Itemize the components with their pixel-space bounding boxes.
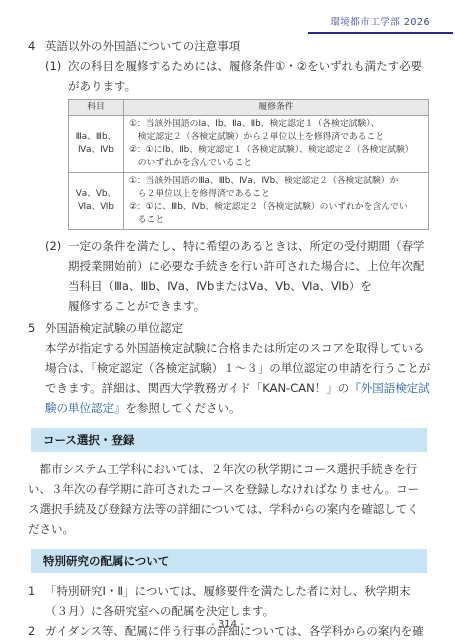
section-bar-course-selection: コース選択・登録	[31, 428, 427, 452]
subject-cell: Ⅴa、Ⅴb、 Ⅵa、Ⅵb	[69, 173, 124, 230]
section-bar-special-research: 特別研究の配属について	[31, 549, 427, 573]
section-bar-title: コース選択・登録	[43, 433, 134, 447]
section-number: 4	[28, 36, 45, 56]
conditions-cell: ①：当該外国語のⅠa、Ⅰb、Ⅱa、Ⅱb、検定認定１（各検定試験）、 検定認定２（…	[124, 116, 429, 173]
section-heading-certification: 5 外国語検定試験の単位認定	[28, 318, 432, 338]
section-title: 英語以外の外国語についての注意事項	[45, 36, 240, 56]
section-title: 外国語検定試験の単位認定	[45, 318, 183, 338]
item-text: 次の科目を履修するためには、履修条件①・②をいずれも満たす必要 があります。	[68, 56, 432, 96]
page-number: - 314 -	[0, 619, 455, 630]
paragraph-text: を参照してください。	[126, 401, 241, 415]
page-header: 環境都市工学部 2026	[28, 10, 432, 34]
item-text: 一定の条件を満たし、特に希望のあるときは、所定の受付期間（春学 期授業開始前）に…	[68, 236, 432, 316]
course-selection-paragraph: 都市システム工学科においては、２年次の秋学期にコース選択手続きを行 い、３年次の…	[28, 459, 432, 539]
conditions-cell: ①：当該外国語のⅢa、Ⅲb、Ⅳa、Ⅳb、検定認定２（各検定試験）か ら２単位以上…	[124, 173, 429, 230]
table-header-row: 科目 履修条件	[69, 100, 429, 116]
section-heading-foreign-language-notes: 4 英語以外の外国語についての注意事項	[28, 36, 432, 56]
subject-cell: Ⅲa、Ⅲb、 Ⅳa、Ⅳb	[69, 116, 124, 173]
item-marker: (1)	[45, 56, 68, 96]
document-page: 環境都市工学部 2026 4 英語以外の外国語についての注意事項 (1) 次の科…	[0, 0, 455, 644]
course-requirements-table: 科目 履修条件 Ⅲa、Ⅲb、 Ⅳa、Ⅳb ①：当該外国語のⅠa、Ⅰb、Ⅱa、Ⅱb…	[68, 99, 429, 230]
table-row: Ⅴa、Ⅴb、 Ⅵa、Ⅵb ①：当該外国語のⅢa、Ⅲb、Ⅳa、Ⅳb、検定認定２（各…	[69, 173, 429, 230]
section-bar-title: 特別研究の配属について	[43, 554, 169, 568]
header-rule	[308, 32, 453, 34]
col-header-requirements: 履修条件	[124, 100, 429, 116]
item-marker: (2)	[45, 236, 68, 316]
numbered-item-1: 1 「特別研究Ⅰ・Ⅱ」については、履修要件を満たした者に対し、秋学期末 （３月）…	[28, 581, 432, 621]
table-row: Ⅲa、Ⅲb、 Ⅳa、Ⅳb ①：当該外国語のⅠa、Ⅰb、Ⅱa、Ⅱb、検定認定１（各…	[69, 116, 429, 173]
col-header-subject: 科目	[69, 100, 124, 116]
certification-paragraph: 本学が指定する外国語検定試験に合格または所定のスコアを取得している 場合は、「検…	[45, 338, 432, 418]
list-item-1: (1) 次の科目を履修するためには、履修条件①・②をいずれも満たす必要 がありま…	[45, 56, 432, 96]
faculty-year-label: 環境都市工学部 2026	[330, 17, 430, 28]
list-item-2: (2) 一定の条件を満たし、特に希望のあるときは、所定の受付期間（春学 期授業開…	[45, 236, 432, 316]
section-number: 5	[28, 318, 45, 338]
item-marker: 1	[28, 581, 45, 621]
item-text: 「特別研究Ⅰ・Ⅱ」については、履修要件を満たした者に対し、秋学期末 （３月）に各…	[45, 581, 410, 621]
